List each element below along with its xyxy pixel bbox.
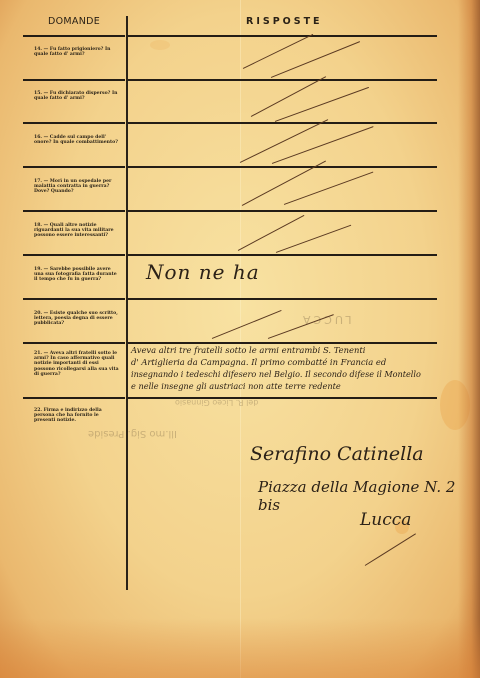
- column-header-risposte: RISPOSTE: [246, 16, 323, 27]
- column-divider: [126, 16, 128, 590]
- answer-19: Non ne ha: [146, 260, 260, 284]
- question-22: 22. Firma e indirizzo della persona che …: [34, 408, 120, 424]
- question-14: 14. — Fu fatto prigioniero? In quale fat…: [34, 47, 120, 57]
- question-19: 19. — Sarebbe possibile avere una sua fo…: [34, 267, 120, 283]
- question-21: 21. — Aveva altri fratelli sotto le armi…: [34, 351, 120, 377]
- paper-edge-shadow: [0, 618, 480, 678]
- question-15: 15. — Fu dichiarato disperso? In quale f…: [34, 91, 120, 101]
- bleed-through-text: del R. Liceo Ginnasio: [175, 398, 258, 407]
- paper-edge-shadow: [458, 0, 480, 678]
- stain: [150, 40, 170, 50]
- question-17: 17. — Morì in un ospedale per malattia c…: [34, 179, 120, 195]
- signature-city: Lucca: [360, 510, 411, 530]
- question-16: 16. — Cadde sul campo dell' onore? In qu…: [34, 135, 120, 145]
- question-18: 18. — Quali altre notizie riguardanti la…: [34, 223, 120, 239]
- question-20: 20. — Esiste qualche suo scritto, letter…: [34, 311, 120, 327]
- signature-address: Piazza della Magione N. 2 bis: [258, 478, 480, 514]
- fold-crease: [240, 0, 241, 678]
- bleed-through-text: Ill.mo Sig. Preside: [88, 428, 177, 439]
- signature-name: Serafino Catinella: [250, 443, 424, 465]
- column-header-domande: DOMANDE: [48, 16, 100, 27]
